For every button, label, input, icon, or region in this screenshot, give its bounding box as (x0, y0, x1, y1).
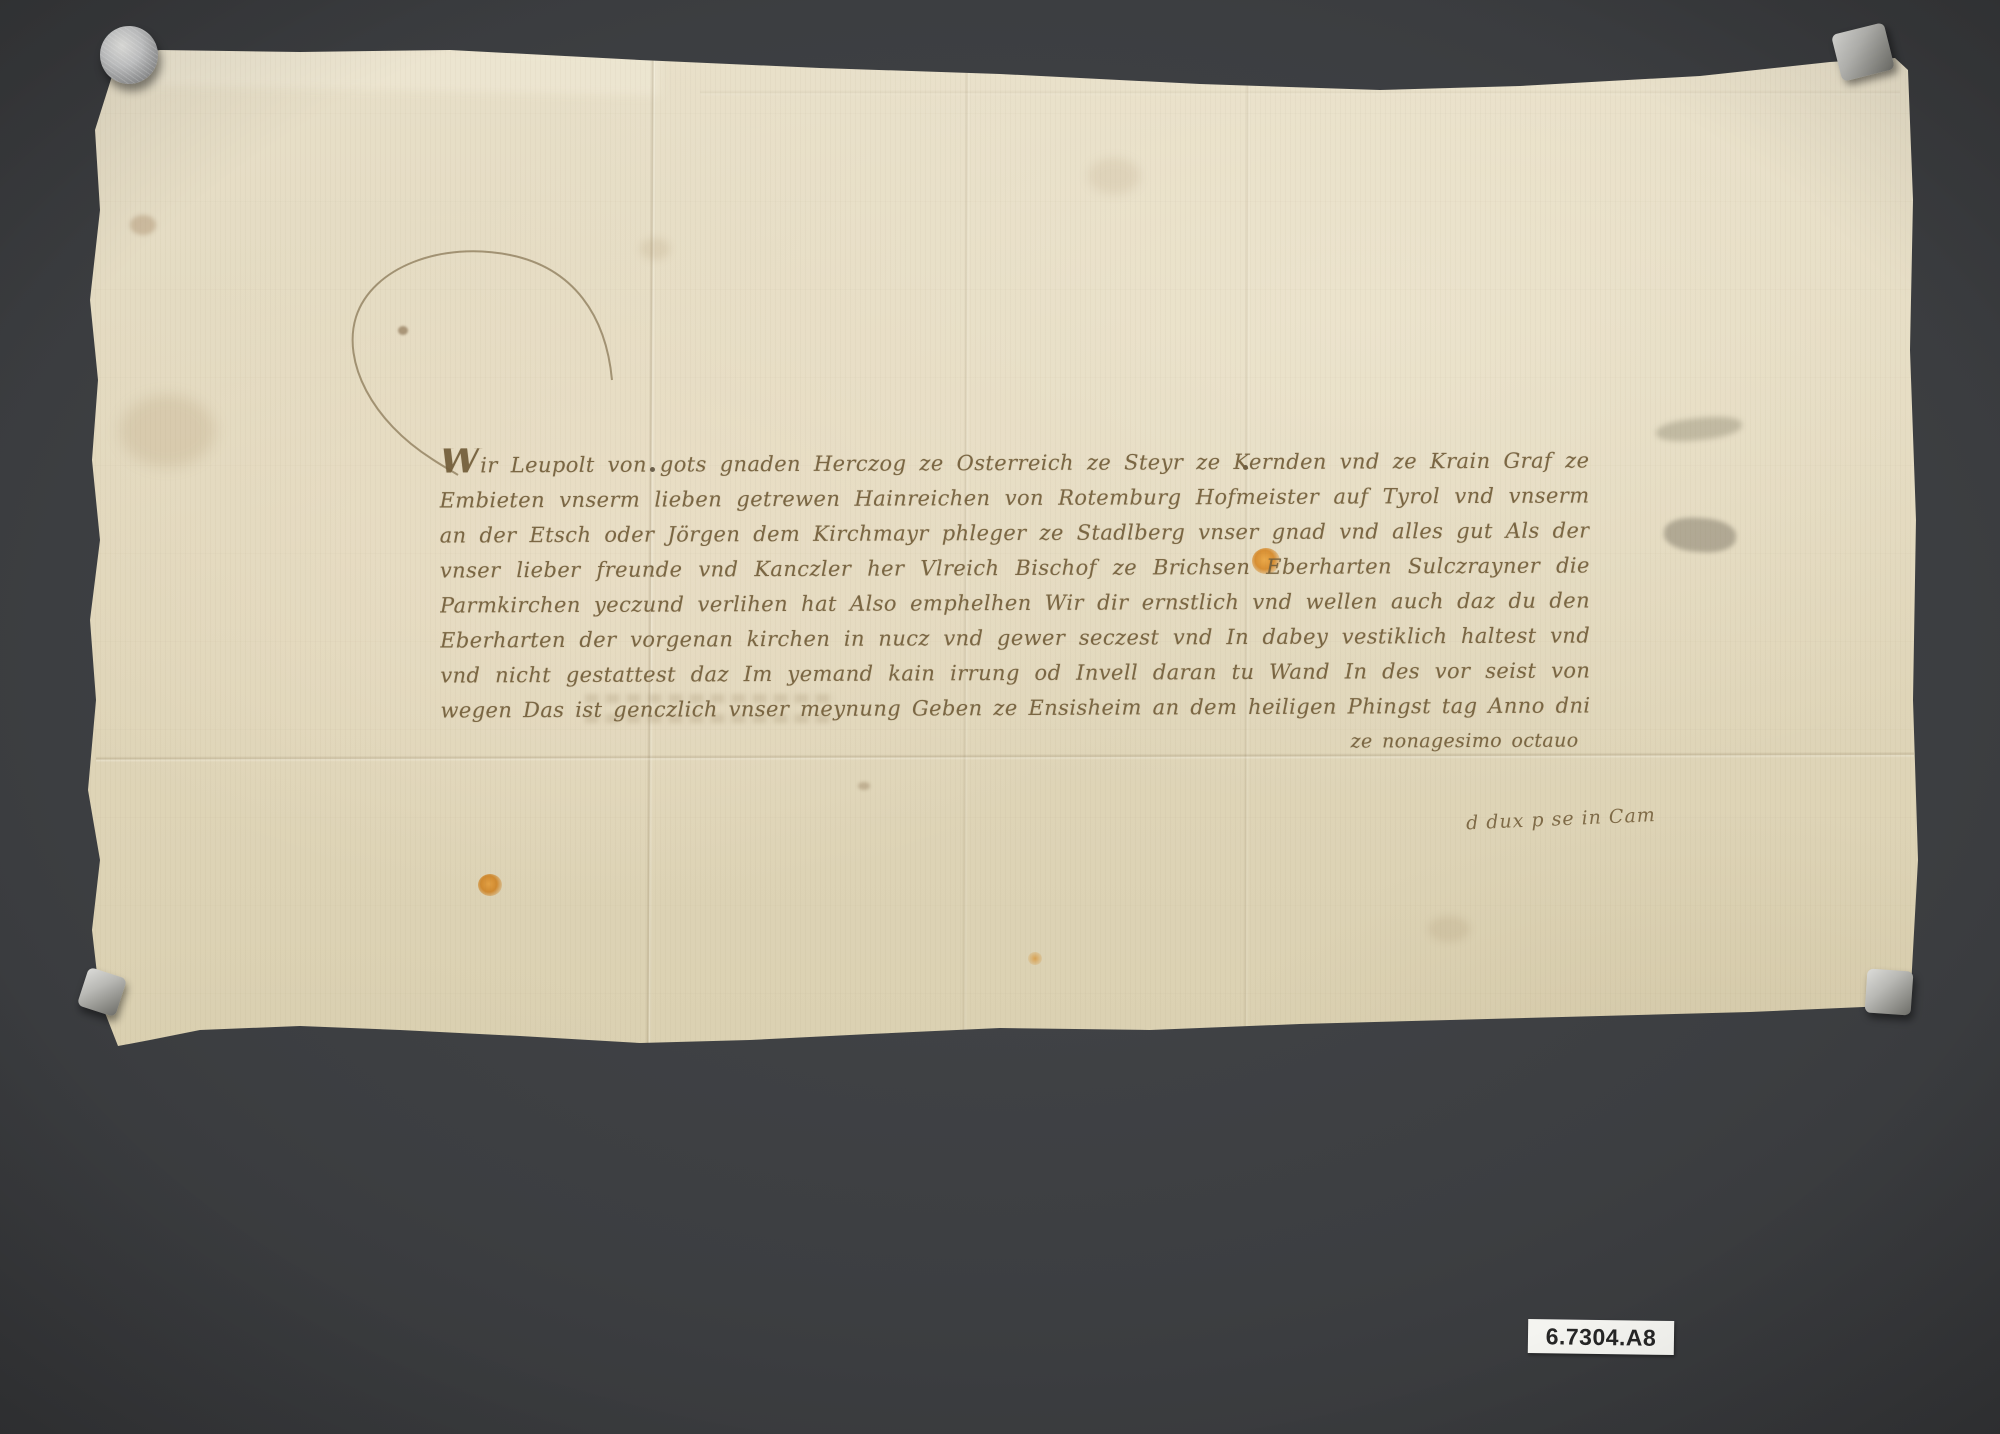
archival-label: 6.7304.A8 (1528, 1319, 1674, 1355)
text-line-8: wegen Das ist genczlich vnser meynung Ge… (440, 688, 1590, 728)
ink-smudge-right-lower (1663, 516, 1737, 555)
orange-stain-bottom-center (1028, 952, 1042, 965)
brown-speck (398, 326, 408, 335)
ink-smudge-right-upper (1655, 414, 1743, 445)
faint-stain-lower-right (1428, 916, 1470, 942)
text-line-5: Parmkirchen yeczund verlihen hat Also em… (440, 583, 1590, 623)
text-line-3: an der Etsch oder Jörgen dem Kirchmayr p… (440, 513, 1590, 553)
top-edge-fold-highlight (120, 43, 661, 95)
orange-stain-bottom-left (478, 874, 502, 896)
paper-weight-bottom-right (1865, 968, 1914, 1015)
date-line: ze nonagesimo octauo (441, 723, 1591, 763)
initial-capital: W (439, 443, 480, 481)
chancery-note: d dux p se in Cam (1466, 804, 1667, 835)
faint-stain-top (1088, 158, 1140, 194)
horizontal-fold-crease-top (700, 90, 1900, 96)
letter-text-block: Wir Leupolt von gots gnaden Herczog ze O… (439, 443, 1590, 763)
small-spot-center (858, 782, 870, 790)
brown-spot-upper-left (130, 215, 156, 235)
text-line-2: Embieten vnserm lieben getrewen Hainreic… (439, 478, 1589, 518)
photo-background: Wir Leupolt von gots gnaden Herczog ze O… (0, 0, 2000, 1434)
parchment-sheet: Wir Leupolt von gots gnaden Herczog ze O… (0, 0, 2000, 1434)
archival-label-text: 6.7304.A8 (1545, 1323, 1656, 1352)
text-line-1: Wir Leupolt von gots gnaden Herczog ze O… (439, 443, 1589, 483)
text-line-4: vnser lieber freunde vnd Kanczler her Vl… (440, 548, 1590, 588)
text-line-7: vnd nicht gestattest daz Im yemand kain … (440, 653, 1590, 693)
paper-weight-top-left (100, 26, 158, 84)
brown-stain-left (120, 395, 215, 467)
text-line-6: Eberharten der vorgenan kirchen in nucz … (440, 618, 1590, 658)
